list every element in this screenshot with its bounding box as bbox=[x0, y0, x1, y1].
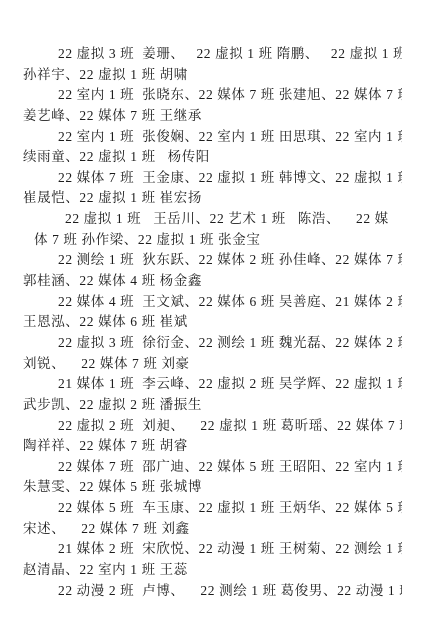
text-line: 21 媒体 1 班 李云峰、22 虚拟 2 班 吴学辉、22 虚拟 1 班 bbox=[23, 374, 402, 395]
text-line: 陶祥祥、22 媒体 7 班 胡睿 bbox=[23, 436, 402, 457]
text-line: 郭桂涵、22 媒体 4 班 杨金鑫 bbox=[23, 271, 402, 292]
text-line: 姜艺峰、22 媒体 7 班 王继承 bbox=[23, 106, 402, 127]
text-line: 22 虚拟 1 班 王岳川、22 艺术 1 班 陈浩、 22 媒 bbox=[23, 209, 402, 230]
text-line: 22 媒体 5 班 车玉康、22 虚拟 1 班 王炳华、22 媒体 5 班 bbox=[23, 498, 402, 519]
text-line: 体 7 班 孙作梁、22 虚拟 1 班 张金宝 bbox=[23, 230, 402, 251]
text-line: 21 媒体 2 班 宋欣悦、22 动漫 1 班 王树菊、22 测绘 1 班 bbox=[23, 539, 402, 560]
text-line: 22 动漫 2 班 卢博、 22 测绘 1 班 葛俊男、22 动漫 1 班 bbox=[23, 581, 402, 602]
document-page: 22 虚拟 3 班 姜珊、 22 虚拟 1 班 隋鹏、 22 虚拟 1 班 孙祥… bbox=[0, 0, 435, 642]
text-line: 赵清晶、22 室内 1 班 王蕊 bbox=[23, 560, 402, 581]
text-line: 22 媒体 4 班 王文斌、22 媒体 6 班 吴善庭、21 媒体 2 班 bbox=[23, 292, 402, 313]
text-line: 22 媒体 7 班 王金康、22 虚拟 1 班 韩博文、22 虚拟 1 班 bbox=[23, 168, 402, 189]
text-line: 22 媒体 7 班 邵广迪、22 媒体 5 班 王昭阳、22 室内 1 班 bbox=[23, 457, 402, 478]
text-line: 刘锐、 22 媒体 7 班 刘豪 bbox=[23, 354, 402, 375]
text-line: 孙祥宇、22 虚拟 1 班 胡啸 bbox=[23, 65, 402, 86]
text-line: 武步凯、22 虚拟 2 班 潘振生 bbox=[23, 395, 402, 416]
text-line: 22 测绘 1 班 狄东跃、22 媒体 2 班 孙佳峰、22 媒体 7 班 bbox=[23, 250, 402, 271]
text-line: 崔晟恺、22 虚拟 1 班 崔宏扬 bbox=[23, 188, 402, 209]
text-line: 宋述、 22 媒体 7 班 刘鑫 bbox=[23, 519, 402, 540]
text-line: 22 室内 1 班 张俊娴、22 室内 1 班 田思琪、22 室内 1 班 bbox=[23, 127, 402, 148]
text-line: 22 室内 1 班 张晓东、22 媒体 7 班 张建旭、22 媒体 7 班 bbox=[23, 85, 402, 106]
text-line: 王恩泓、22 媒体 6 班 崔斌 bbox=[23, 312, 402, 333]
text-line: 朱慧雯、22 媒体 5 班 张城博 bbox=[23, 477, 402, 498]
text-line: 22 虚拟 2 班 刘昶、 22 虚拟 1 班 葛昕瑶、22 媒体 7 班 bbox=[23, 416, 402, 437]
text-line: 22 虚拟 3 班 徐衍金、22 测绘 1 班 魏光磊、22 媒体 2 班 bbox=[23, 333, 402, 354]
text-line: 续雨童、22 虚拟 1 班 杨传阳 bbox=[23, 147, 402, 168]
text-line: 22 虚拟 3 班 姜珊、 22 虚拟 1 班 隋鹏、 22 虚拟 1 班 bbox=[23, 44, 402, 65]
